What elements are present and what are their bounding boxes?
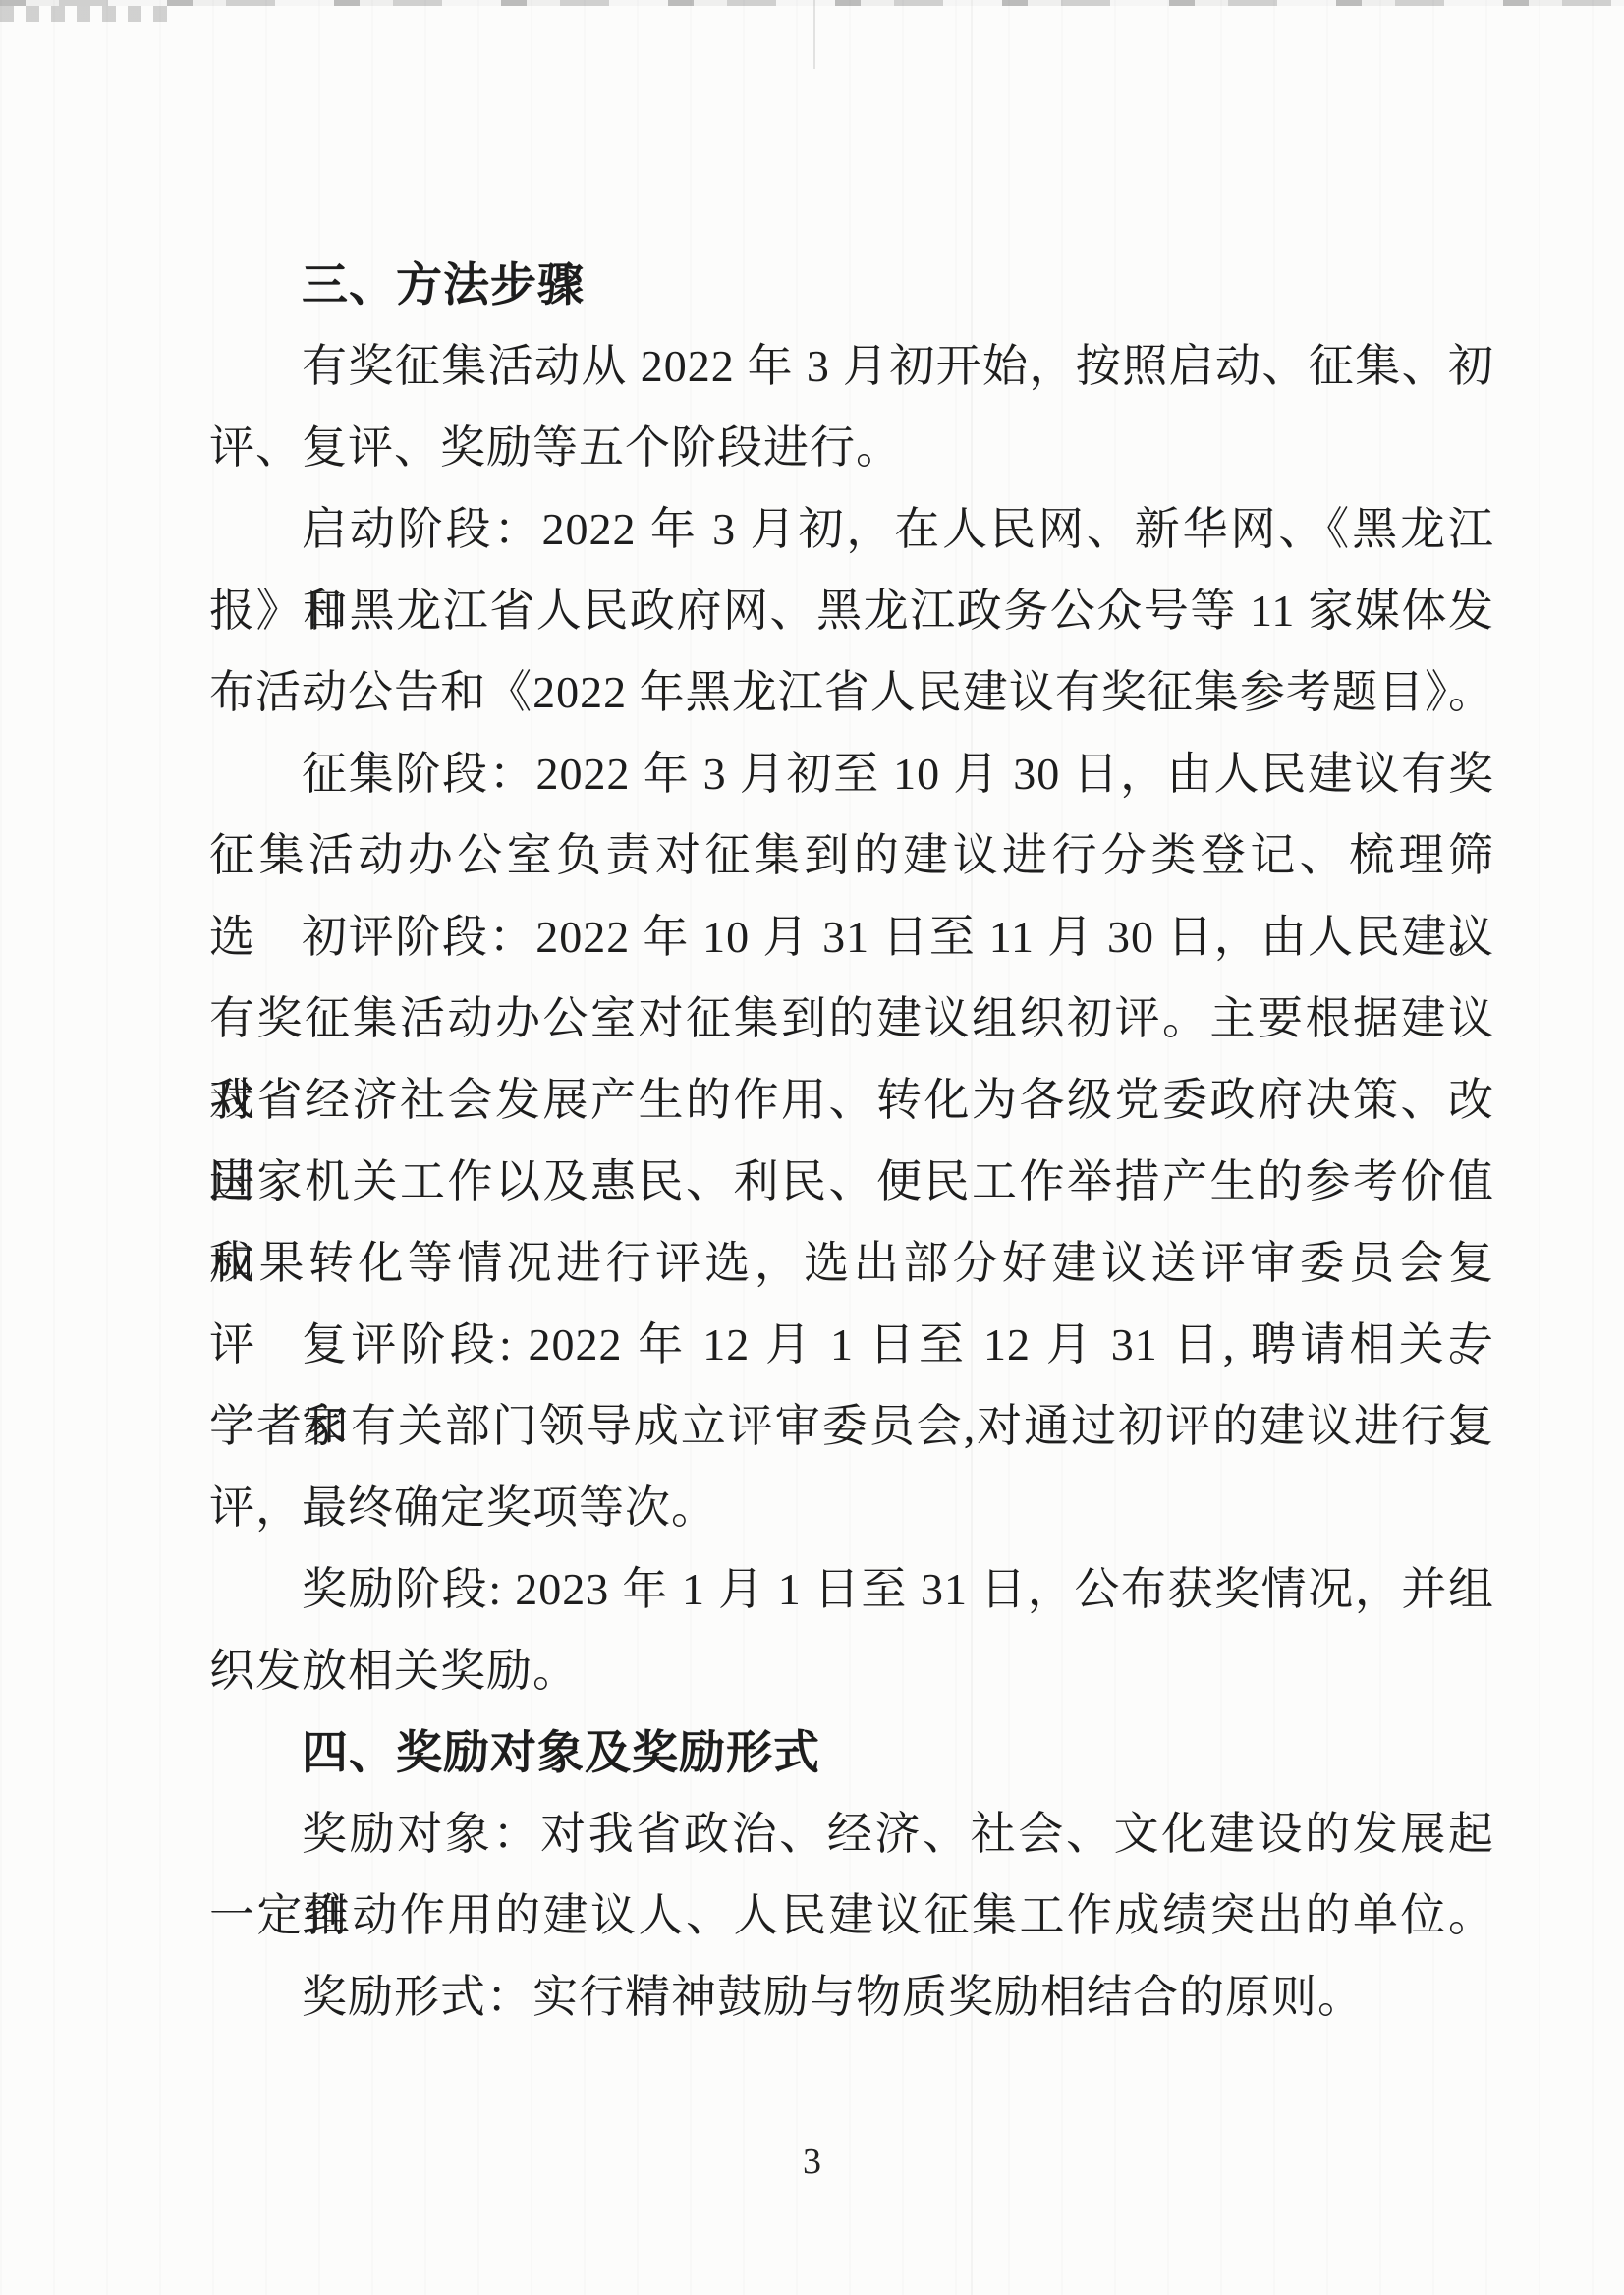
heading-line: 三、方法步骤 (209, 244, 1494, 325)
text-line: 织发放相关奖励。 (209, 1630, 1494, 1711)
text-line: 成果转化等情况进行评选，选出部分好建议送评审委员会复评。 (209, 1222, 1494, 1304)
page-number: 3 (803, 2141, 821, 2182)
text-line: 报》和黑龙江省人民政府网、黑龙江政务公众号等 11 家媒体发 (209, 570, 1494, 651)
text-line: 奖励形式：实行精神鼓励与物质奖励相结合的原则。 (209, 1956, 1494, 2038)
scan-artifact-vertical-tick (813, 0, 815, 69)
text-line: 国家机关工作以及惠民、利民、便民工作举措产生的参考价值和 (209, 1141, 1494, 1222)
text-line: 启动阶段：2022 年 3 月初，在人民网、新华网、《黑龙江日 (209, 488, 1494, 570)
heading-line: 四、奖励对象及奖励形式 (209, 1711, 1494, 1793)
text-line: 评，最终确定奖项等次。 (209, 1467, 1494, 1548)
text-line: 初评阶段：2022 年 10 月 31 日至 11 月 30 日，由人民建议 (209, 896, 1494, 978)
text-line: 有奖征集活动办公室对征集到的建议组织初评。主要根据建议对 (209, 978, 1494, 1059)
text-line: 奖励对象：对我省政治、经济、社会、文化建设的发展起到 (209, 1793, 1494, 1875)
text-line: 布活动公告和《2022 年黑龙江省人民建议有奖征集参考题目》。 (209, 651, 1494, 733)
text-line: 有奖征集活动从 2022 年 3 月初开始，按照启动、征集、初 (209, 325, 1494, 407)
text-line: 征集阶段：2022 年 3 月初至 10 月 30 日，由人民建议有奖 (209, 733, 1494, 814)
text-line: 征集活动办公室负责对征集到的建议进行分类登记、梳理筛选。 (209, 814, 1494, 896)
text-line: 复评阶段: 2022 年 12 月 1 日至 12 月 31 日, 聘请相关专家… (209, 1304, 1494, 1385)
text-line: 奖励阶段: 2023 年 1 月 1 日至 31 日，公布获奖情况，并组 (209, 1548, 1494, 1630)
text-line: 学者和有关部门领导成立评审委员会,对通过初评的建议进行复 (209, 1385, 1494, 1467)
scan-artifact-top-left-blob (0, 6, 172, 22)
text-line: 我省经济社会发展产生的作用、转化为各级党委政府决策、改进 (209, 1059, 1494, 1141)
page-footer: 3 (0, 2134, 1624, 2189)
document-page: 三、方法步骤有奖征集活动从 2022 年 3 月初开始，按照启动、征集、初评、复… (0, 0, 1624, 2295)
text-line: 评、复评、奖励等五个阶段进行。 (209, 407, 1494, 488)
text-block: 三、方法步骤有奖征集活动从 2022 年 3 月初开始，按照启动、征集、初评、复… (209, 244, 1494, 2038)
text-line: 一定推动作用的建议人、人民建议征集工作成绩突出的单位。 (209, 1875, 1494, 1956)
scan-artifact-top-edge (0, 0, 1624, 6)
